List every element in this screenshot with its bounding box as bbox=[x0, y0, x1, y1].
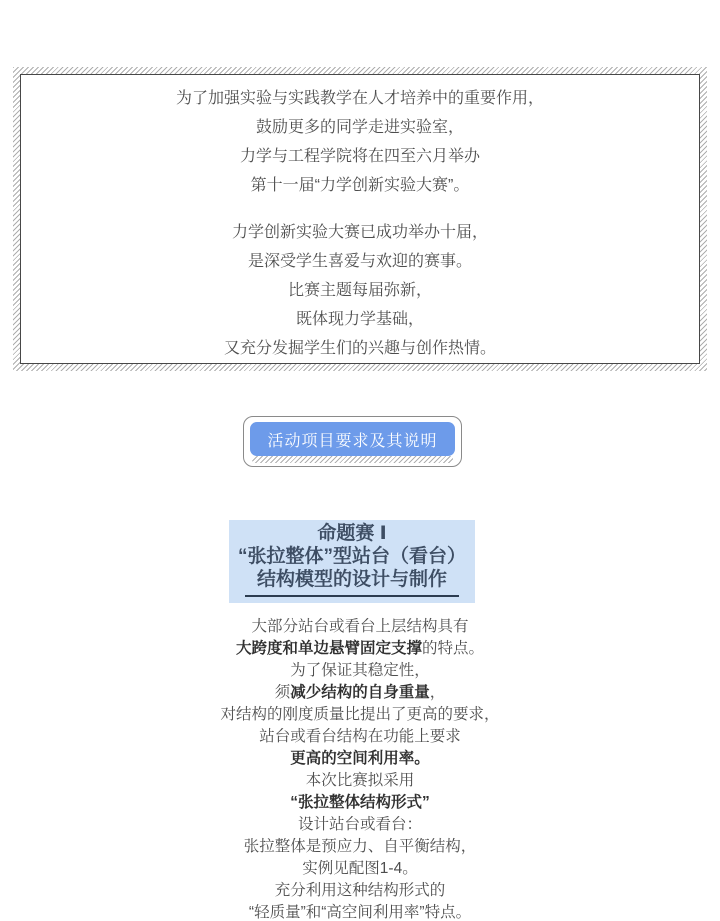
body-line: 设计站台或看台： bbox=[0, 814, 720, 836]
button-hatch-shadow bbox=[252, 456, 453, 463]
body-text-segment: 减少结构的自身重量 bbox=[290, 684, 430, 701]
body-text-segment: 大部分站台或看台上层结构具有 bbox=[251, 618, 468, 635]
intro-paragraph-2: 力学创新实验大赛已成功举办十届， 是深受学生喜爱与欢迎的赛事。 比赛主题每届弥新… bbox=[31, 218, 689, 363]
intro-line: 又充分发掘学生们的兴趣与创作热情。 bbox=[31, 334, 689, 363]
body-text-segment: 对结构的刚度质量比提出了更高的要求， bbox=[220, 706, 499, 723]
intro-panel: 为了加强实验与实践教学在人才培养中的重要作用， 鼓励更多的同学走进实验室， 力学… bbox=[13, 67, 707, 371]
body-text-segment: 大跨度和单边悬臂固定支撑 bbox=[236, 640, 422, 657]
body-text-segment: 张拉整体是预应力、自平衡结构， bbox=[244, 838, 477, 855]
topic-title-line: “张拉整体”型站台（看台） bbox=[229, 545, 475, 568]
intro-line: 比赛主题每届弥新， bbox=[31, 276, 689, 305]
requirements-button-frame: 活动项目要求及其说明 bbox=[243, 416, 462, 467]
intro-line: 力学与工程学院将在四至六月举办 bbox=[31, 142, 689, 171]
topic-header: 命题赛 Ⅰ “张拉整体”型站台（看台） 结构模型的设计与制作 bbox=[229, 520, 475, 603]
topic-title-line: 命题赛 Ⅰ bbox=[229, 522, 475, 545]
body-line: “轻质量”和“高空间利用率”特点。 bbox=[0, 902, 720, 921]
body-line: 为了保证其稳定性， bbox=[0, 660, 720, 682]
requirements-button[interactable]: 活动项目要求及其说明 bbox=[250, 422, 455, 456]
intro-panel-content: 为了加强实验与实践教学在人才培养中的重要作用， 鼓励更多的同学走进实验室， 力学… bbox=[20, 74, 700, 364]
body-line: 充分利用这种结构形式的 bbox=[0, 880, 720, 902]
body-text-segment: ， bbox=[430, 684, 446, 701]
body-text-segment: 实例见配图1-4。 bbox=[302, 860, 417, 877]
body-text-segment: 须 bbox=[275, 684, 291, 701]
body-text-segment: 设计站台或看台： bbox=[298, 816, 422, 833]
body-line: 大跨度和单边悬臂固定支撑的特点。 bbox=[0, 638, 720, 660]
body-line: 实例见配图1-4。 bbox=[0, 858, 720, 880]
body-text-segment: 站台或看台结构在功能上要求 bbox=[259, 728, 461, 745]
body-text: 大部分站台或看台上层结构具有 大跨度和单边悬臂固定支撑的特点。 为了保证其稳定性… bbox=[0, 616, 720, 921]
intro-line: 为了加强实验与实践教学在人才培养中的重要作用， bbox=[31, 84, 689, 113]
body-text-segment: “轻质量”和“高空间利用率”特点。 bbox=[249, 904, 471, 921]
intro-line: 是深受学生喜爱与欢迎的赛事。 bbox=[31, 247, 689, 276]
intro-line: 既体现力学基础， bbox=[31, 305, 689, 334]
intro-line: 第十一届“力学创新实验大赛”。 bbox=[31, 171, 689, 200]
topic-underline bbox=[245, 595, 459, 597]
body-line: 须减少结构的自身重量， bbox=[0, 682, 720, 704]
body-line: 本次比赛拟采用 bbox=[0, 770, 720, 792]
body-line: 站台或看台结构在功能上要求 bbox=[0, 726, 720, 748]
intro-line: 力学创新实验大赛已成功举办十届， bbox=[31, 218, 689, 247]
body-line: “张拉整体结构形式” bbox=[0, 792, 720, 814]
body-line: 更高的空间利用率。 bbox=[0, 748, 720, 770]
body-text-segment: 为了保证其稳定性， bbox=[290, 662, 430, 679]
body-line: 对结构的刚度质量比提出了更高的要求， bbox=[0, 704, 720, 726]
body-text-segment: “张拉整体结构形式” bbox=[290, 794, 430, 811]
body-text-segment: 更高的空间利用率。 bbox=[290, 750, 430, 767]
body-text-segment: 的特点。 bbox=[422, 640, 484, 657]
body-line: 大部分站台或看台上层结构具有 bbox=[0, 616, 720, 638]
intro-line: 鼓励更多的同学走进实验室， bbox=[31, 113, 689, 142]
body-text-segment: 本次比赛拟采用 bbox=[306, 772, 415, 789]
topic-title-line: 结构模型的设计与制作 bbox=[229, 568, 475, 591]
intro-paragraph-1: 为了加强实验与实践教学在人才培养中的重要作用， 鼓励更多的同学走进实验室， 力学… bbox=[31, 84, 689, 200]
body-text-segment: 充分利用这种结构形式的 bbox=[275, 882, 446, 899]
body-line: 张拉整体是预应力、自平衡结构， bbox=[0, 836, 720, 858]
